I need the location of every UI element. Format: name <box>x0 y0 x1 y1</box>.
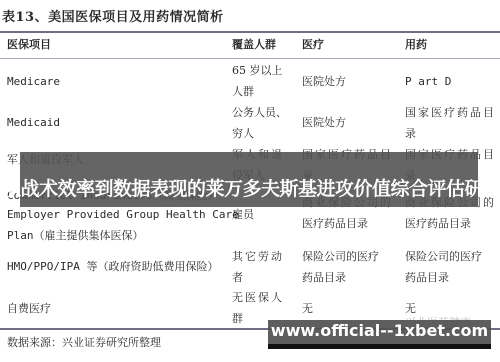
row-project: Plan（雇主提供集体医保） <box>7 226 144 246</box>
row-coverage: 公务人员、 <box>232 103 287 123</box>
row-project: HMO/PPO/IPA 等（政府资助低费用保险） <box>7 257 218 277</box>
row-coverage: 穷人 <box>232 124 254 144</box>
watermark-url[interactable]: www.official--1xbet.com <box>268 321 491 340</box>
header-drug: 用药 <box>405 35 427 55</box>
row-drug: 药品目录 <box>405 268 449 288</box>
row-coverage: 无医保人 <box>232 288 284 308</box>
row-medical: 医院处方 <box>302 113 346 133</box>
table-top-rule <box>0 31 500 33</box>
row-coverage: 群 <box>232 309 243 329</box>
row-coverage: 雇员 <box>232 205 254 225</box>
source-note: 数据来源：兴业证券研究所整理 <box>7 333 161 353</box>
header-rule <box>0 58 500 59</box>
row-drug: P art D <box>405 72 451 92</box>
row-drug: 国家医疗药品目 <box>405 103 496 123</box>
row-drug: 录 <box>405 124 416 144</box>
row-coverage: 其它劳动 <box>232 247 284 267</box>
row-medical: 无 <box>302 299 313 319</box>
row-project: Medicare <box>7 72 60 92</box>
table-caption: 表13、美国医保项目及用药情况简析 <box>2 6 224 25</box>
header-medical: 医疗 <box>302 35 324 55</box>
row-project: 自费医疗 <box>7 299 51 319</box>
row-project: Medicaid <box>7 113 60 133</box>
header-project: 医保项目 <box>7 35 51 55</box>
row-coverage: 人群 <box>232 82 254 102</box>
watermark-bar <box>268 344 491 349</box>
header-coverage: 覆盖人群 <box>232 35 276 55</box>
overlay-title: 从战术效率到数据表现的莱万多夫斯基进攻价值综合评估研究 <box>2 174 498 201</box>
row-medical: 保险公司的医疗 <box>302 247 379 267</box>
row-coverage: 者 <box>232 268 243 288</box>
row-medical: 医疗药品目录 <box>302 214 368 234</box>
row-medical: 药品目录 <box>302 268 346 288</box>
row-drug: 医疗药品目录 <box>405 214 471 234</box>
row-drug: 保险公司的医疗 <box>405 247 482 267</box>
row-project: Employer Provided Group Health Care <box>7 205 239 225</box>
row-medical: 医院处方 <box>302 72 346 92</box>
row-coverage: 65 岁以上 <box>232 61 283 81</box>
